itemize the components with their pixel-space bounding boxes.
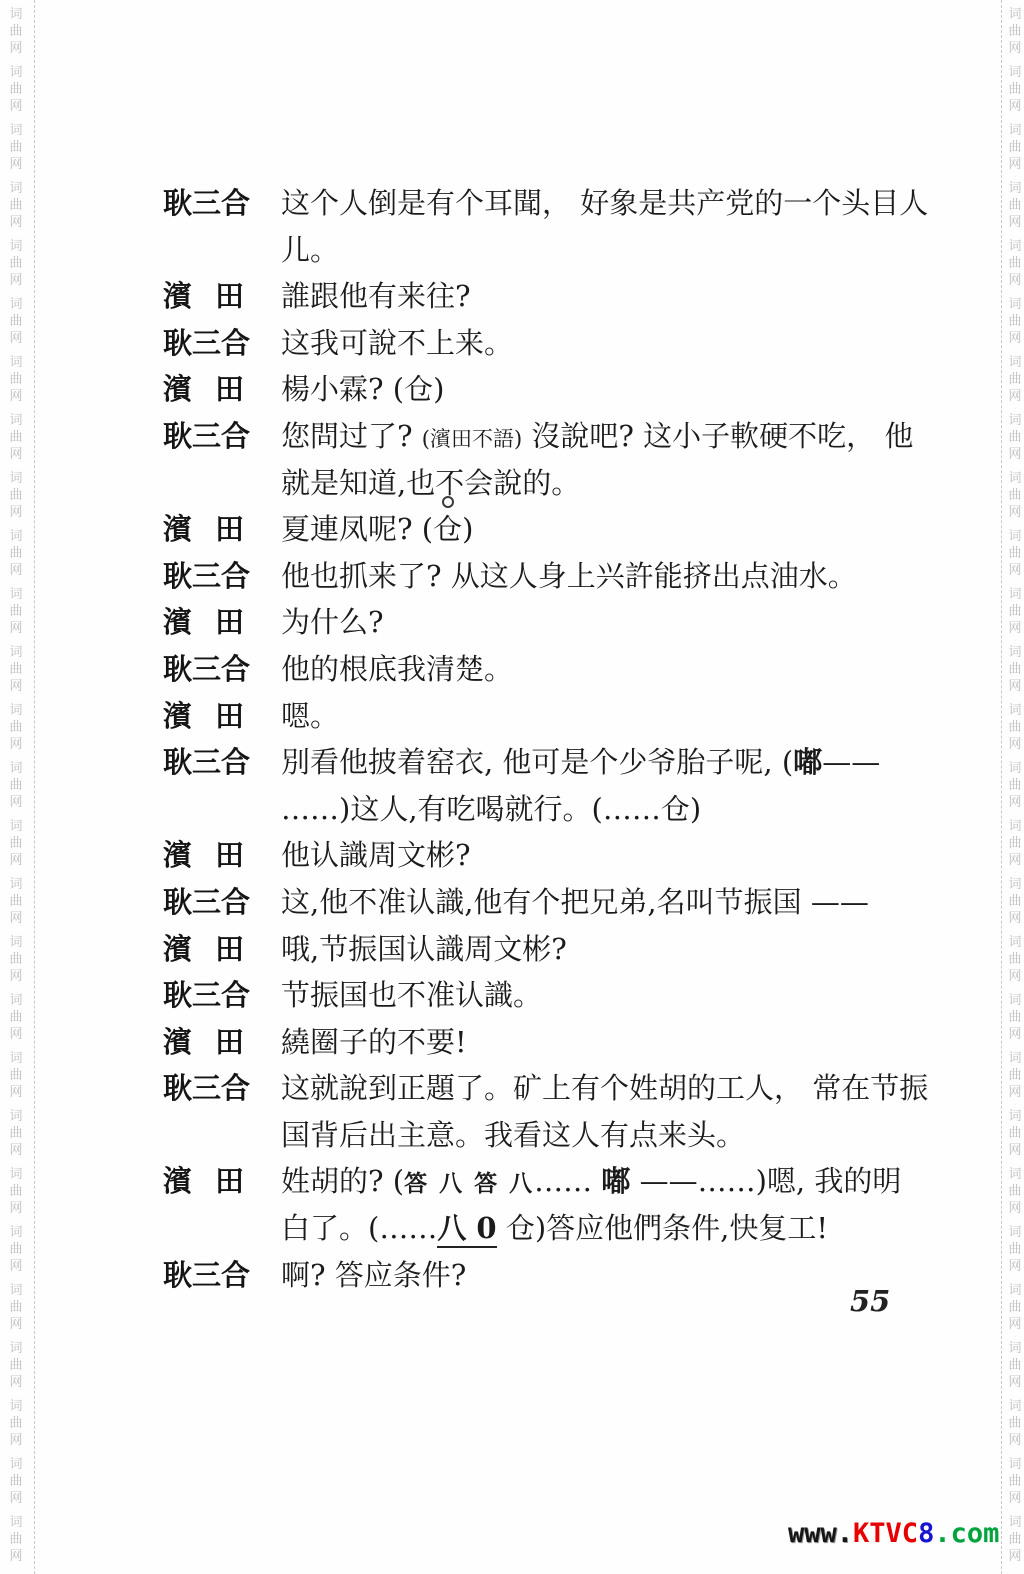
margin-watermark-char: 曲	[1006, 23, 1024, 40]
dialogue-text: 誰跟他有来往?	[281, 279, 471, 313]
page-number: 55	[850, 1284, 890, 1318]
dialogue-text: 繞圈子的不要!	[281, 1025, 467, 1059]
dialogue-row: 国背后出主意。我看这人有点来头。	[163, 1118, 963, 1165]
margin-watermark-char: 网	[1006, 40, 1024, 57]
dialogue-row: 耿三合这就說到正題了。矿上有个姓胡的工人， 常在节振	[163, 1071, 963, 1118]
margin-watermark-char: 网	[7, 1200, 25, 1217]
margin-watermark-char: 网	[7, 562, 25, 579]
speaker-name-char: 田	[215, 699, 244, 733]
speaker-name-char: 三	[192, 1071, 221, 1105]
speaker-name: 耿三合	[163, 978, 244, 1012]
margin-watermark-char: 网	[1006, 852, 1024, 869]
speaker-name: 耿三合	[163, 1071, 244, 1105]
margin-watermark-char: 网	[1006, 1490, 1024, 1507]
margin-watermark-char: 词	[1006, 1398, 1024, 1415]
margin-watermark-char: 曲	[1006, 1009, 1024, 1026]
dialogue-text: ……)这人,有吃喝就行。(……仓)	[281, 792, 701, 826]
speaker-name-char: 耿	[163, 1071, 192, 1105]
dialogue-segment: 夏連凤呢? (	[281, 512, 433, 546]
margin-watermark-group: 词曲网	[1006, 1282, 1024, 1333]
speaker-name-char: 耿	[163, 419, 192, 453]
margin-watermark-group: 词曲网	[1006, 1398, 1024, 1449]
dialogue-text: 姓胡的? (答 八 答 八…… 嘟 ——……)嗯, 我的明	[281, 1164, 901, 1201]
margin-watermark-char: 网	[7, 678, 25, 695]
margin-watermark-group: 词曲网	[7, 1224, 25, 1275]
speaker-name-char: 合	[221, 1258, 250, 1292]
dialogue-row: ……)这人,有吃喝就行。(……仓)	[163, 792, 963, 839]
margin-watermark-char: 词	[7, 1398, 25, 1415]
margin-watermark-char: 曲	[7, 545, 25, 562]
margin-watermark-group: 词曲网	[7, 238, 25, 289]
margin-watermark-group: 词曲网	[1006, 122, 1024, 173]
margin-watermark-char: 网	[1006, 214, 1024, 231]
margin-watermark-char: 网	[7, 910, 25, 927]
margin-watermark-char: 词	[7, 586, 25, 603]
script-block: 耿三合这个人倒是有个耳聞， 好象是共产党的一个头目人儿。濱田誰跟他有来往?耿三合…	[163, 186, 963, 1304]
dialogue-text: 哦,节振国认識周文彬?	[281, 932, 567, 966]
dialogue-row: 耿三合您問过了? (濱田不語) 沒說吧? 这小子軟硬不吃， 他	[163, 419, 963, 466]
speaker-name-char: 耿	[163, 885, 192, 919]
dialogue-segment: 楊小霖? (仓)	[281, 372, 444, 406]
margin-watermark-group: 词曲网	[7, 1340, 25, 1391]
margin-watermark-group: 词曲网	[7, 644, 25, 695]
dialogue-text: 楊小霖? (仓)	[281, 372, 444, 406]
margin-watermark-char: 曲	[1006, 1067, 1024, 1084]
margin-watermark-char: 曲	[7, 429, 25, 446]
margin-watermark-char: 网	[1006, 98, 1024, 115]
margin-watermark-char: 网	[7, 1026, 25, 1043]
margin-watermark-char: 曲	[1006, 951, 1024, 968]
speaker-name-char: 三	[192, 419, 221, 453]
dialogue-row: 濱田誰跟他有来往?	[163, 279, 963, 326]
margin-watermark-char: 网	[1006, 1084, 1024, 1101]
margin-watermark-char: 网	[1006, 1200, 1024, 1217]
margin-watermark-char: 网	[7, 794, 25, 811]
margin-watermark-char: 网	[1006, 678, 1024, 695]
dialogue-text: 嗯。	[281, 699, 339, 733]
margin-watermark-group: 词曲网	[1006, 354, 1024, 405]
margin-watermark-char: 词	[7, 1340, 25, 1357]
margin-watermark-char: 曲	[7, 603, 25, 620]
margin-watermark-char: 曲	[7, 893, 25, 910]
speaker-name-char: 田	[215, 512, 244, 546]
margin-watermark-char: 曲	[1006, 545, 1024, 562]
margin-watermark-char: 网	[7, 1142, 25, 1159]
speaker-name-char: 耿	[163, 745, 192, 779]
margin-watermark-group: 词曲网	[7, 180, 25, 231]
margin-watermark-char: 词	[1006, 760, 1024, 777]
site-watermark-name: KTVC	[853, 1518, 918, 1549]
right-margin-dashed-line	[1001, 0, 1002, 1574]
margin-watermark-char: 词	[7, 180, 25, 197]
margin-watermark-group: 词曲网	[1006, 876, 1024, 927]
margin-watermark-char: 词	[7, 1514, 25, 1531]
dialogue-segment: 嗯。	[281, 699, 339, 733]
dialogue-text: 他的根底我清楚。	[281, 652, 513, 686]
margin-watermark-group: 词曲网	[1006, 644, 1024, 695]
margin-watermark-char: 词	[1006, 6, 1024, 23]
dialogue-row: 濱田繞圈子的不要!	[163, 1025, 963, 1072]
dialogue-text: 这个人倒是有个耳聞， 好象是共产党的一个头目人	[281, 186, 928, 220]
speaker-name-char: 合	[221, 186, 250, 220]
margin-watermark-group: 词曲网	[1006, 412, 1024, 463]
margin-watermark-char: 词	[7, 992, 25, 1009]
margin-watermark-char: 词	[1006, 934, 1024, 951]
margin-watermark-char: 曲	[1006, 603, 1024, 620]
margin-watermark-group: 词曲网	[7, 64, 25, 115]
speaker-name-char: 耿	[163, 652, 192, 686]
dialogue-segment: 嘟	[793, 745, 822, 779]
margin-watermark-char: 网	[1006, 910, 1024, 927]
margin-watermark-char: 词	[7, 760, 25, 777]
margin-watermark-group: 词曲网	[7, 412, 25, 463]
speaker-name-char: 合	[221, 652, 250, 686]
dialogue-segment: 嘟	[601, 1164, 630, 1198]
margin-watermark-char: 曲	[7, 371, 25, 388]
margin-watermark-char: 词	[7, 1282, 25, 1299]
dialogue-segment: (濱田不語)	[422, 427, 522, 451]
margin-watermark-char: 曲	[1006, 139, 1024, 156]
margin-watermark-char: 词	[7, 1108, 25, 1125]
margin-watermark-char: 词	[1006, 1050, 1024, 1067]
margin-watermark-char: 曲	[1006, 719, 1024, 736]
speaker-name-char: 濱	[163, 1164, 192, 1198]
margin-watermark-char: 词	[7, 876, 25, 893]
site-watermark-tld: .com	[934, 1518, 999, 1549]
margin-watermark-group: 词曲网	[7, 1050, 25, 1101]
margin-watermark-group: 词曲网	[7, 528, 25, 579]
margin-watermark-char: 曲	[7, 1531, 25, 1548]
speaker-name: 耿三合	[163, 885, 244, 919]
dialogue-text: 夏連凤呢? (仓)	[281, 512, 473, 546]
speaker-name: 濱田	[163, 699, 244, 733]
speaker-name-char: 濱	[163, 605, 192, 639]
speaker-name-char: 三	[192, 885, 221, 919]
dialogue-row: 耿三合这,他不准认識,他有个把兄弟,名叫节振国 ——	[163, 885, 963, 932]
speaker-name-char: 三	[192, 978, 221, 1012]
dialogue-segment: 答 八 答 八	[404, 1170, 534, 1197]
margin-watermark-group: 词曲网	[7, 934, 25, 985]
speaker-name-char: 濱	[163, 372, 192, 406]
margin-watermark-char: 网	[7, 1432, 25, 1449]
margin-watermark-char: 曲	[1006, 1125, 1024, 1142]
margin-watermark-group: 词曲网	[1006, 180, 1024, 231]
dialogue-text: 啊? 答应条件?	[281, 1258, 466, 1292]
dialogue-row: 就是知道,也不会說的。	[163, 466, 963, 513]
margin-watermark-char: 曲	[7, 1299, 25, 1316]
margin-watermark-group: 词曲网	[1006, 1224, 1024, 1275]
dialogue-row: 耿三合啊? 答应条件?	[163, 1258, 963, 1305]
margin-watermark-char: 网	[1006, 1432, 1024, 1449]
dialogue-text: 国背后出主意。我看这人有点来头。	[281, 1118, 745, 1152]
dialogue-row: 濱田嗯。	[163, 699, 963, 746]
speaker-name-char: 三	[192, 559, 221, 593]
margin-watermark-group: 词曲网	[7, 702, 25, 753]
margin-watermark-char: 曲	[7, 835, 25, 852]
speaker-name: 濱田	[163, 372, 244, 406]
margin-watermark-char: 词	[1006, 586, 1024, 603]
margin-watermark-char: 词	[1006, 122, 1024, 139]
margin-watermark-char: 词	[1006, 1514, 1024, 1531]
margin-watermark-char: 曲	[7, 661, 25, 678]
speaker-name-char: 三	[192, 652, 221, 686]
margin-watermark-char: 网	[1006, 1374, 1024, 1391]
margin-watermark-char: 曲	[1006, 487, 1024, 504]
dialogue-row: 濱田楊小霖? (仓)	[163, 372, 963, 419]
margin-watermark-char: 网	[7, 504, 25, 521]
speaker-name-char: 濱	[163, 699, 192, 733]
speaker-name-char: 合	[221, 326, 250, 360]
speaker-name-char: 濱	[163, 512, 192, 546]
margin-watermark-char: 词	[7, 412, 25, 429]
dialogue-row: 耿三合他也抓来了? 从这人身上兴許能挤出点油水。	[163, 559, 963, 606]
dialogue-segment: 哦,节振国认識周文彬?	[281, 932, 567, 966]
margin-watermark-group: 词曲网	[7, 1514, 25, 1565]
dialogue-segment: ……	[534, 1164, 601, 1198]
margin-watermark-group: 词曲网	[1006, 64, 1024, 115]
speaker-name-char: 合	[221, 559, 250, 593]
speaker-name-char: 濱	[163, 1025, 192, 1059]
margin-watermark-char: 词	[7, 702, 25, 719]
margin-watermark-group: 词曲网	[1006, 470, 1024, 521]
margin-watermark-char: 词	[1006, 64, 1024, 81]
dialogue-row: 濱田夏連凤呢? (仓)	[163, 512, 963, 559]
dialogue-segment: 这我可說不上来。	[281, 326, 513, 360]
margin-watermark-char: 网	[7, 1490, 25, 1507]
margin-watermark-char: 网	[7, 1316, 25, 1333]
margin-watermark-group: 词曲网	[1006, 1514, 1024, 1565]
speaker-name-char: 田	[215, 1164, 244, 1198]
margin-watermark-char: 曲	[7, 139, 25, 156]
margin-watermark-char: 词	[7, 1166, 25, 1183]
margin-watermark-char: 词	[1006, 296, 1024, 313]
margin-watermark-char: 网	[7, 968, 25, 985]
dialogue-segment: 沒說吧? 这小子軟硬不吃， 他	[522, 419, 913, 453]
dialogue-row: 濱田姓胡的? (答 八 答 八…… 嘟 ——……)嗯, 我的明	[163, 1164, 963, 1211]
margin-watermark-char: 网	[7, 98, 25, 115]
margin-watermark-char: 曲	[1006, 835, 1024, 852]
speaker-name-char: 耿	[163, 186, 192, 220]
dialogue-segment: 仓	[433, 512, 462, 546]
margin-watermark-char: 词	[7, 1050, 25, 1067]
dialogue-row: 耿三合他的根底我清楚。	[163, 652, 963, 699]
margin-watermark-char: 词	[1006, 644, 1024, 661]
margin-watermark-char: 词	[7, 238, 25, 255]
dialogue-segment: ——	[822, 745, 880, 779]
margin-watermark-char: 曲	[7, 23, 25, 40]
margin-watermark-char: 词	[7, 122, 25, 139]
margin-watermark-char: 词	[7, 644, 25, 661]
margin-watermark-char: 词	[1006, 412, 1024, 429]
margin-watermark-char: 词	[1006, 470, 1024, 487]
margin-watermark-char: 曲	[7, 1067, 25, 1084]
margin-watermark-char: 曲	[7, 255, 25, 272]
dialogue-row: 耿三合这我可說不上来。	[163, 326, 963, 373]
margin-watermark-char: 词	[1006, 528, 1024, 545]
speaker-name-char: 耿	[163, 326, 192, 360]
margin-watermark-char: 曲	[1006, 429, 1024, 446]
margin-watermark-group: 词曲网	[7, 1456, 25, 1507]
margin-watermark-group: 词曲网	[7, 296, 25, 347]
margin-watermark-char: 词	[1006, 238, 1024, 255]
margin-watermark-char: 曲	[1006, 197, 1024, 214]
margin-watermark-char: 曲	[1006, 1531, 1024, 1548]
margin-watermark-char: 曲	[7, 197, 25, 214]
speaker-name-char: 田	[215, 279, 244, 313]
margin-watermark-char: 词	[7, 528, 25, 545]
margin-watermark-char: 曲	[1006, 81, 1024, 98]
margin-watermark-char: 词	[1006, 1282, 1024, 1299]
site-watermark-number: 8	[918, 1518, 934, 1549]
margin-watermark-char: 网	[7, 1084, 25, 1101]
margin-watermark-char: 词	[7, 6, 25, 23]
margin-watermark-char: 词	[1006, 180, 1024, 197]
right-margin-watermark-column: 词曲网词曲网词曲网词曲网词曲网词曲网词曲网词曲网词曲网词曲网词曲网词曲网词曲网词…	[1006, 0, 1024, 1574]
speaker-name-char: 合	[221, 419, 250, 453]
margin-watermark-char: 网	[1006, 968, 1024, 985]
margin-watermark-group: 词曲网	[1006, 1340, 1024, 1391]
dialogue-segment: 他的根底我清楚。	[281, 652, 513, 686]
margin-watermark-group: 词曲网	[7, 6, 25, 57]
speaker-name-char: 田	[215, 932, 244, 966]
margin-watermark-char: 词	[1006, 992, 1024, 1009]
dialogue-segment: 別看他披着窑衣, 他可是个少爷胎子呢, (	[281, 745, 793, 779]
margin-watermark-char: 词	[1006, 876, 1024, 893]
speaker-name: 濱田	[163, 605, 244, 639]
margin-watermark-group: 词曲网	[7, 122, 25, 173]
speaker-name: 濱田	[163, 279, 244, 313]
dialogue-segment: 啊? 答应条件?	[281, 1258, 466, 1292]
margin-watermark-char: 网	[1006, 1142, 1024, 1159]
margin-watermark-group: 词曲网	[7, 1398, 25, 1449]
dialogue-text: 节振国也不准认識。	[281, 978, 542, 1012]
margin-watermark-char: 网	[7, 620, 25, 637]
speaker-name: 濱田	[163, 932, 244, 966]
margin-watermark-char: 网	[7, 156, 25, 173]
margin-watermark-char: 网	[1006, 388, 1024, 405]
margin-watermark-char: 词	[7, 354, 25, 371]
speaker-name-char: 耿	[163, 978, 192, 1012]
margin-watermark-char: 曲	[7, 777, 25, 794]
margin-watermark-char: 词	[7, 934, 25, 951]
speaker-name-char: 三	[192, 326, 221, 360]
margin-watermark-char: 词	[7, 818, 25, 835]
margin-watermark-char: 网	[1006, 272, 1024, 289]
margin-watermark-char: 词	[1006, 818, 1024, 835]
margin-watermark-group: 词曲网	[1006, 238, 1024, 289]
speaker-name-char: 耿	[163, 1258, 192, 1292]
margin-watermark-group: 词曲网	[7, 1166, 25, 1217]
dialogue-text: 別看他披着窑衣, 他可是个少爷胎子呢, (嘟——	[281, 745, 880, 779]
speaker-name-char: 三	[192, 186, 221, 220]
dialogue-segment: 这就說到正題了。矿上有个姓胡的工人， 常在节振	[281, 1071, 928, 1105]
speaker-name-char: 三	[192, 745, 221, 779]
margin-watermark-char: 网	[1006, 562, 1024, 579]
site-watermark-www: www.	[788, 1518, 853, 1549]
margin-watermark-char: 词	[7, 64, 25, 81]
speaker-name-char: 田	[215, 605, 244, 639]
margin-watermark-group: 词曲网	[7, 818, 25, 869]
dialogue-segment: 他认識周文彬?	[281, 838, 471, 872]
speaker-name: 耿三合	[163, 559, 244, 593]
dialogue-segment: )	[462, 512, 473, 546]
dialogue-segment: ……)这人,有吃喝就行。(……仓)	[281, 792, 701, 826]
margin-watermark-char: 曲	[1006, 893, 1024, 910]
margin-watermark-char: 网	[7, 388, 25, 405]
margin-watermark-char: 网	[1006, 1258, 1024, 1275]
speaker-name: 濱田	[163, 1164, 244, 1198]
margin-watermark-char: 词	[1006, 702, 1024, 719]
dialogue-text: 您問过了? (濱田不語) 沒說吧? 这小子軟硬不吃， 他	[281, 419, 913, 456]
margin-watermark-group: 词曲网	[1006, 934, 1024, 985]
speaker-name-char: 合	[221, 885, 250, 919]
margin-watermark-group: 词曲网	[1006, 1108, 1024, 1159]
margin-watermark-group: 词曲网	[1006, 528, 1024, 579]
margin-watermark-group: 词曲网	[7, 470, 25, 521]
margin-watermark-group: 词曲网	[1006, 586, 1024, 637]
dialogue-text: 儿。	[281, 233, 339, 267]
margin-watermark-char: 词	[7, 1224, 25, 1241]
dialogue-segment: 他也抓来了? 从这人身上兴許能挤出点油水。	[281, 559, 857, 593]
margin-watermark-char: 词	[7, 296, 25, 313]
dialogue-text: 这我可說不上来。	[281, 326, 513, 360]
margin-watermark-char: 曲	[1006, 313, 1024, 330]
dialogue-segment: 八 0	[437, 1211, 496, 1248]
margin-watermark-char: 词	[7, 1456, 25, 1473]
margin-watermark-char: 词	[7, 470, 25, 487]
speaker-name: 濱田	[163, 512, 244, 546]
speaker-name: 耿三合	[163, 652, 244, 686]
dialogue-segment: 姓胡的? (	[281, 1164, 404, 1198]
speaker-name: 濱田	[163, 838, 244, 872]
speaker-name-char: 田	[215, 1025, 244, 1059]
margin-watermark-char: 曲	[1006, 1183, 1024, 1200]
dialogue-text: 这就說到正題了。矿上有个姓胡的工人， 常在节振	[281, 1071, 928, 1105]
margin-watermark-group: 词曲网	[7, 876, 25, 927]
margin-watermark-char: 网	[1006, 1026, 1024, 1043]
margin-watermark-char: 网	[7, 1258, 25, 1275]
dialogue-segment: 誰跟他有来往?	[281, 279, 471, 313]
margin-watermark-group: 词曲网	[1006, 6, 1024, 57]
left-margin-watermark-column: 词曲网词曲网词曲网词曲网词曲网词曲网词曲网词曲网词曲网词曲网词曲网词曲网词曲网词…	[7, 0, 25, 1574]
margin-watermark-char: 曲	[1006, 1473, 1024, 1490]
dialogue-row: 耿三合这个人倒是有个耳聞， 好象是共产党的一个头目人	[163, 186, 963, 233]
dialogue-text: 这,他不准认識,他有个把兄弟,名叫节振国 ——	[281, 885, 869, 919]
speaker-name: 耿三合	[163, 745, 244, 779]
dialogue-row: 白了。(……八 0 仓)答应他們条件,快复工!	[163, 1211, 963, 1258]
margin-watermark-char: 词	[1006, 1340, 1024, 1357]
margin-watermark-char: 网	[1006, 794, 1024, 811]
margin-watermark-char: 曲	[1006, 661, 1024, 678]
dialogue-segment: 儿。	[281, 233, 339, 267]
margin-watermark-group: 词曲网	[1006, 1050, 1024, 1101]
margin-watermark-char: 词	[1006, 1224, 1024, 1241]
margin-watermark-char: 曲	[7, 1415, 25, 1432]
dialogue-text: 就是知道,也不会說的。	[281, 466, 580, 500]
speaker-name: 耿三合	[163, 326, 244, 360]
dialogue-segment: 为什么?	[281, 605, 384, 639]
speaker-name-char: 三	[192, 1258, 221, 1292]
speaker-name-char: 合	[221, 1071, 250, 1105]
speaker-name-char: 合	[221, 745, 250, 779]
margin-watermark-char: 网	[1006, 446, 1024, 463]
margin-watermark-char: 曲	[7, 1473, 25, 1490]
speaker-name-char: 田	[215, 838, 244, 872]
dialogue-segment: ——……)嗯, 我的明	[630, 1164, 901, 1198]
speaker-name: 濱田	[163, 1025, 244, 1059]
margin-watermark-char: 曲	[7, 487, 25, 504]
margin-watermark-char: 网	[7, 446, 25, 463]
